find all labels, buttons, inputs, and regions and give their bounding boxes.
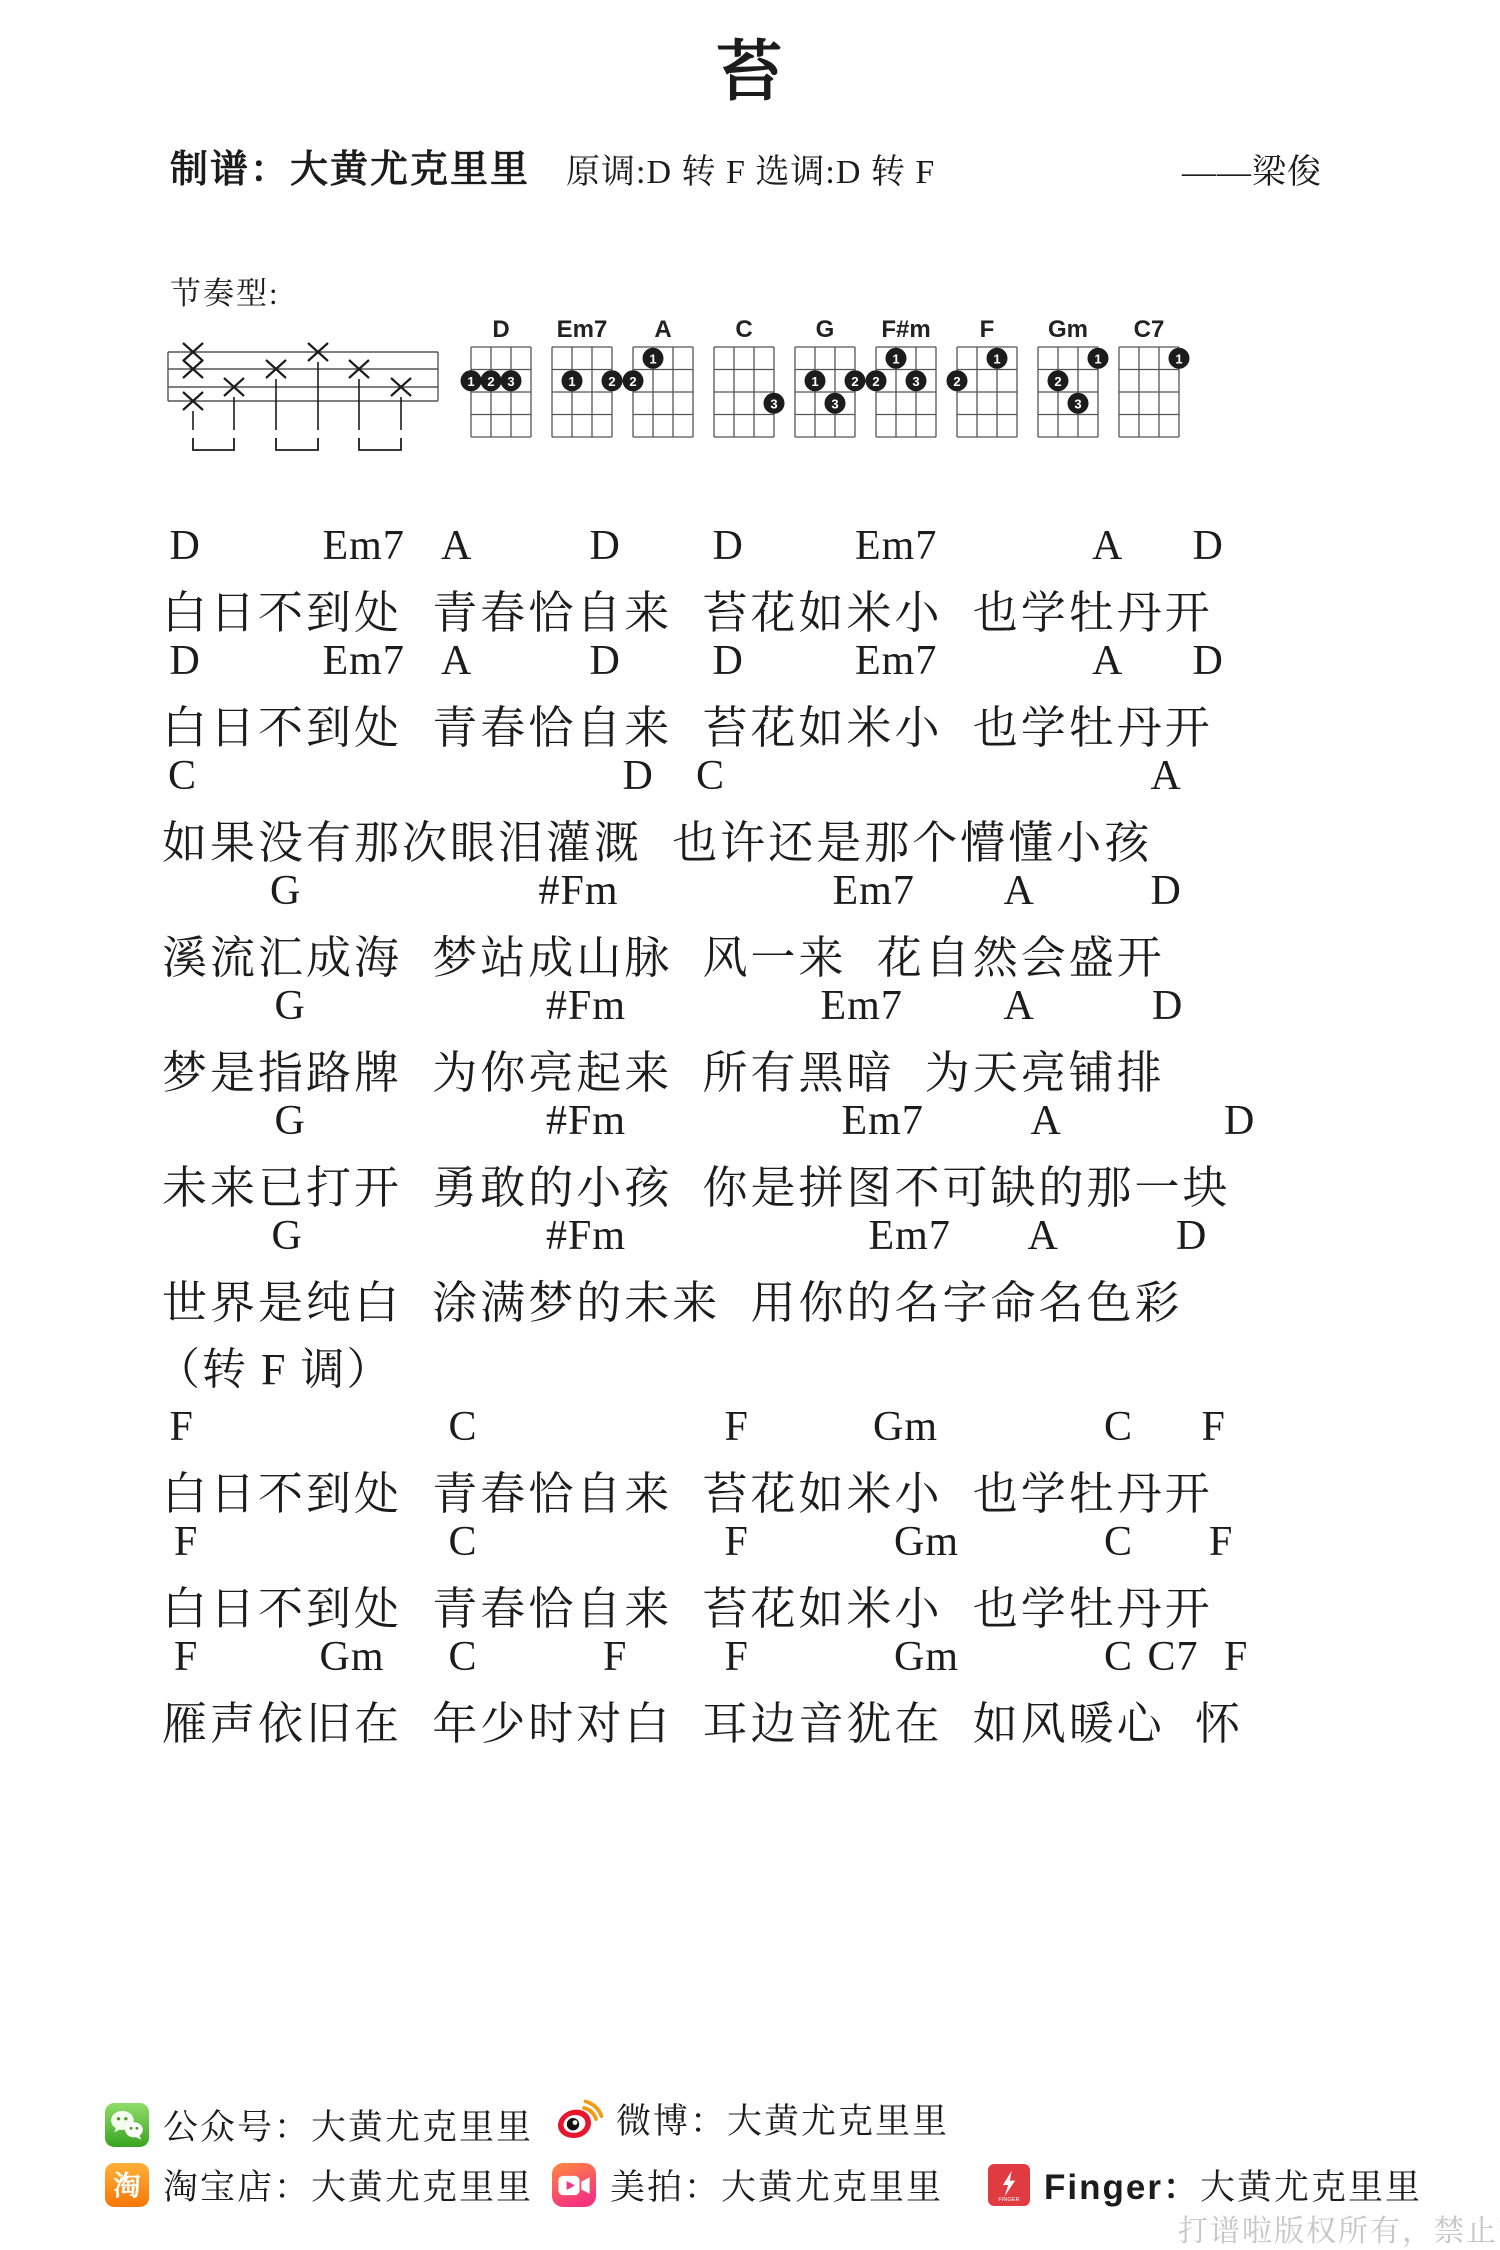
chord-diagram-c7: C71 [1118, 316, 1180, 438]
inline-chord: G [274, 1097, 305, 1145]
svg-text:1: 1 [811, 374, 818, 389]
inline-chord: C [1104, 1633, 1133, 1681]
svg-text:2: 2 [953, 374, 960, 389]
taobao-icon: 淘 [105, 2163, 149, 2207]
lyric-text: 白日不到处 青春恰自来 苔花如米小 也学牡丹开 [162, 576, 1213, 641]
lyric-text: 雁声依旧在 年少时对白 耳边音犹在 如风暖心 怀 [162, 1687, 1243, 1752]
svg-text:3: 3 [507, 374, 514, 389]
lyric-text: 梦是指路牌 为你亮起来 所有黑暗 为天亮铺排 [162, 1036, 1165, 1101]
inline-chord: D [590, 522, 621, 570]
inline-chord: A [1092, 522, 1123, 570]
inline-chord: Gm [894, 1633, 959, 1681]
chord-diagram-c: C3 [713, 316, 775, 438]
inline-chord: C [696, 752, 725, 800]
finger-dot: 3 [501, 370, 522, 391]
inline-chord: F [170, 1403, 194, 1451]
footer-item-label: 美拍：大黄尤克里里 [610, 2160, 943, 2210]
chord-diagram-f: F12 [956, 316, 1018, 438]
svg-text:3: 3 [770, 396, 777, 411]
inline-chord: D [1193, 522, 1224, 570]
song-line: FCFGmCF白日不到处 青春恰自来 苔花如米小 也学牡丹开 [0, 1403, 1500, 1518]
lyric-text: 白日不到处 青春恰自来 苔花如米小 也学牡丹开 [162, 1457, 1213, 1522]
inline-chord: Em7 [842, 1097, 924, 1145]
footer-item-prefix: 淘宝店： [163, 2168, 311, 2207]
inline-chord: Em7 [323, 637, 405, 685]
finger-dot: 2 [845, 370, 866, 391]
inline-chord: #Fm [546, 1212, 626, 1260]
footer-item-label: Finger：大黄尤克里里 [1044, 2160, 1422, 2210]
song-line: FCFGmCF白日不到处 青春恰自来 苔花如米小 也学牡丹开 [0, 1518, 1500, 1633]
finger-dot: 3 [825, 393, 846, 414]
song-line: G#FmEm7AD未来已打开 勇敢的小孩 你是拼图不可缺的那一块 [0, 1097, 1500, 1212]
finger-dot: 1 [461, 370, 482, 391]
inline-chord: Gm [319, 1633, 384, 1681]
svg-text:1: 1 [649, 351, 656, 366]
chord-name: C7 [1118, 316, 1180, 346]
inline-chord: D [170, 637, 201, 685]
chord-name: G [794, 316, 856, 346]
inline-chord: A [441, 637, 472, 685]
footer-item-account: 大黄尤克里里 [311, 2168, 533, 2207]
chord-diagram-fsm: F#m123 [875, 316, 937, 438]
lyrics-section: DEm7ADDEm7AD白日不到处 青春恰自来 苔花如米小 也学牡丹开DEm7A… [0, 522, 1500, 1748]
footer-item-finger: FINGERFinger：大黄尤克里里 [988, 2160, 1422, 2210]
svg-text:2: 2 [629, 374, 636, 389]
svg-text:FINGER: FINGER [998, 2197, 1019, 2203]
inline-chord: Em7 [855, 637, 937, 685]
chord-diagram-g: G123 [794, 316, 856, 438]
inline-chord: Em7 [855, 522, 937, 570]
song-line: G#FmEm7AD世界是纯白 涂满梦的未来 用你的名字命名色彩 [0, 1212, 1500, 1327]
svg-text:淘: 淘 [113, 2170, 141, 2201]
copyright-watermark: 打谱啦版权所有，禁止转载 [1178, 2206, 1500, 2250]
svg-text:3: 3 [912, 374, 919, 389]
svg-text:1: 1 [1094, 351, 1101, 366]
inline-chord: F [603, 1633, 627, 1681]
chord-diagram-a: A12 [632, 316, 694, 438]
inline-chord: #Fm [546, 982, 626, 1030]
inline-chord: Em7 [869, 1212, 951, 1260]
svg-text:1: 1 [993, 351, 1000, 366]
inline-chord: D [713, 637, 744, 685]
finger-dot: 1 [987, 348, 1008, 369]
finger-dot: 3 [1068, 393, 1089, 414]
chord-name: A [632, 316, 694, 346]
finger-dot: 1 [1169, 348, 1190, 369]
footer-item-prefix: 微博： [616, 2102, 727, 2141]
rhythm-pattern-tab [163, 338, 445, 463]
inline-chord: Em7 [323, 522, 405, 570]
inline-chord: Gm [873, 1403, 938, 1451]
footer-item-account: 大黄尤克里里 [721, 2168, 943, 2207]
chord-grid: 123 [470, 346, 532, 438]
inline-chord: C [449, 1403, 478, 1451]
inline-chord: F [174, 1633, 198, 1681]
inline-chord: C7 [1148, 1633, 1199, 1681]
rhythm-pattern-label: 节奏型: [170, 268, 280, 313]
finger-dot: 2 [866, 370, 887, 391]
svg-text:2: 2 [487, 374, 494, 389]
chord-name: C [713, 316, 775, 346]
footer-item-meipai: 美拍：大黄尤克里里 [552, 2160, 943, 2210]
chord-name: F#m [875, 316, 937, 346]
finger-dot: 2 [623, 370, 644, 391]
inline-chord: D [170, 522, 201, 570]
svg-text:1: 1 [467, 374, 474, 389]
svg-text:2: 2 [1054, 374, 1061, 389]
chord-grid: 12 [632, 346, 694, 438]
inline-chord: C [1104, 1518, 1133, 1566]
chord-name: Gm [1037, 316, 1099, 346]
lyric-text: 如果没有那次眼泪灌溉 也许还是那个懵懂小孩 [162, 806, 1152, 871]
song-line: G#FmEm7AD梦是指路牌 为你亮起来 所有黑暗 为天亮铺排 [0, 982, 1500, 1097]
finger-dot: 3 [764, 393, 785, 414]
chord-grid: 123 [875, 346, 937, 438]
chord-grid: 3 [713, 346, 775, 438]
wechat-icon [105, 2103, 149, 2147]
lyric-text: 白日不到处 青春恰自来 苔花如米小 也学牡丹开 [162, 691, 1213, 756]
finger-dot: 1 [1088, 348, 1109, 369]
key-change-note: （转 F 调） [0, 1327, 1500, 1403]
chord-diagram-gm: Gm123 [1037, 316, 1099, 438]
inline-chord: G [274, 982, 305, 1030]
song-line: CDCA如果没有那次眼泪灌溉 也许还是那个懵懂小孩 [0, 752, 1500, 867]
inline-chord: F [725, 1518, 749, 1566]
chord-grid: 12 [956, 346, 1018, 438]
chord-sheet-page: { "title": "苔", "header": { "producer": … [0, 0, 1500, 2250]
inline-chord: C [168, 752, 197, 800]
inline-chord: A [1004, 867, 1035, 915]
song-line: FGmCFFGmCC7F雁声依旧在 年少时对白 耳边音犹在 如风暖心 怀 [0, 1633, 1500, 1748]
inline-chord: D [623, 752, 654, 800]
rhythm-tab-svg [163, 338, 445, 458]
inline-chord: C [449, 1518, 478, 1566]
key-change-text: （转 F 调） [156, 1333, 392, 1397]
footer-item-wechat: 公众号：大黄尤克里里 [105, 2100, 533, 2150]
inline-chord: A [1092, 637, 1123, 685]
finger-dot: 1 [643, 348, 664, 369]
finger-dot: 3 [906, 370, 927, 391]
svg-text:1: 1 [1175, 351, 1182, 366]
finger-dot: 2 [1048, 370, 1069, 391]
inline-chord: F [725, 1403, 749, 1451]
weibo-icon [552, 2095, 602, 2143]
footer-item-taobao: 淘淘宝店：大黄尤克里里 [105, 2160, 533, 2210]
inline-chord: D [1152, 982, 1183, 1030]
inline-chord: F [174, 1518, 198, 1566]
chord-name: F [956, 316, 1018, 346]
finger-dot: 1 [805, 370, 826, 391]
producer-credit: 制谱：大黄尤克里里 [170, 138, 530, 193]
inline-chord: D [590, 637, 621, 685]
inline-chord: F [1224, 1633, 1248, 1681]
inline-chord: C [449, 1633, 478, 1681]
lyric-text: 白日不到处 青春恰自来 苔花如米小 也学牡丹开 [162, 1572, 1213, 1637]
finger-icon: FINGER [988, 2164, 1030, 2206]
chord-diagram-d: D123 [470, 316, 532, 438]
finger-dot: 2 [602, 370, 623, 391]
lyric-text: 世界是纯白 涂满梦的未来 用你的名字命名色彩 [162, 1266, 1183, 1331]
song-line: G#FmEm7AD溪流汇成海 梦站成山脉 风一来 花自然会盛开 [0, 867, 1500, 982]
lyric-text: 溪流汇成海 梦站成山脉 风一来 花自然会盛开 [162, 921, 1165, 986]
inline-chord: Em7 [821, 982, 903, 1030]
svg-text:1: 1 [568, 374, 575, 389]
inline-chord: D [1150, 867, 1181, 915]
inline-chord: F [725, 1633, 749, 1681]
svg-text:3: 3 [831, 396, 838, 411]
lyric-text: 未来已打开 勇敢的小孩 你是拼图不可缺的那一块 [162, 1151, 1231, 1216]
inline-chord: A [1150, 752, 1181, 800]
inline-chord: A [1004, 982, 1035, 1030]
inline-chord: C [1104, 1403, 1133, 1451]
chord-grid: 1 [1118, 346, 1180, 438]
inline-chord: Em7 [833, 867, 915, 915]
chord-grid: 12 [551, 346, 613, 438]
inline-chord: A [1030, 1097, 1061, 1145]
finger-dot: 2 [481, 370, 502, 391]
chord-name: Em7 [551, 316, 613, 346]
svg-text:2: 2 [851, 374, 858, 389]
finger-dot: 2 [947, 370, 968, 391]
svg-text:3: 3 [1074, 396, 1081, 411]
inline-chord: #Fm [539, 867, 619, 915]
svg-text:2: 2 [608, 374, 615, 389]
footer-item-label: 微博：大黄尤克里里 [616, 2094, 949, 2144]
footer-item-account: 大黄尤克里里 [1200, 2168, 1422, 2207]
song-line: DEm7ADDEm7AD白日不到处 青春恰自来 苔花如米小 也学牡丹开 [0, 522, 1500, 637]
inline-chord: Gm [894, 1518, 959, 1566]
song-title: 苔 [0, 18, 1500, 113]
finger-dot: 1 [886, 348, 907, 369]
inline-chord: D [1224, 1097, 1255, 1145]
key-info: 原调:D 转 F 选调:D 转 F [566, 144, 935, 193]
inline-chord: D [1193, 637, 1224, 685]
chord-grid: 123 [1037, 346, 1099, 438]
footer-item-prefix: 美拍： [610, 2168, 721, 2207]
footer-item-label: 淘宝店：大黄尤克里里 [163, 2160, 533, 2210]
footer-item-weibo: 微博：大黄尤克里里 [552, 2094, 949, 2144]
inline-chord: A [441, 522, 472, 570]
inline-chord: D [1176, 1212, 1207, 1260]
footer-item-account: 大黄尤克里里 [311, 2108, 533, 2147]
inline-chord: A [1028, 1212, 1059, 1260]
footer-item-account: 大黄尤克里里 [727, 2102, 949, 2141]
artist-credit: ——梁俊 [1182, 144, 1322, 193]
inline-chord: #Fm [546, 1097, 626, 1145]
footer-item-prefix: 公众号： [163, 2108, 311, 2147]
finger-dot: 1 [562, 370, 583, 391]
song-line: DEm7ADDEm7AD白日不到处 青春恰自来 苔花如米小 也学牡丹开 [0, 637, 1500, 752]
chord-diagram-em7: Em712 [551, 316, 613, 438]
chord-name: D [470, 316, 532, 346]
inline-chord: F [1209, 1518, 1233, 1566]
svg-text:1: 1 [892, 351, 899, 366]
inline-chord: G [272, 1212, 303, 1260]
footer-item-prefix: Finger： [1044, 2168, 1200, 2207]
chord-diagrams: D123Em712A12C3G123F#m123F12Gm123C71 [470, 316, 1180, 438]
inline-chord: D [713, 522, 744, 570]
inline-chord: F [1202, 1403, 1226, 1451]
inline-chord: G [270, 867, 301, 915]
svg-text:2: 2 [872, 374, 879, 389]
meipai-icon [552, 2163, 596, 2207]
footer-item-label: 公众号：大黄尤克里里 [163, 2100, 533, 2150]
chord-grid: 123 [794, 346, 856, 438]
